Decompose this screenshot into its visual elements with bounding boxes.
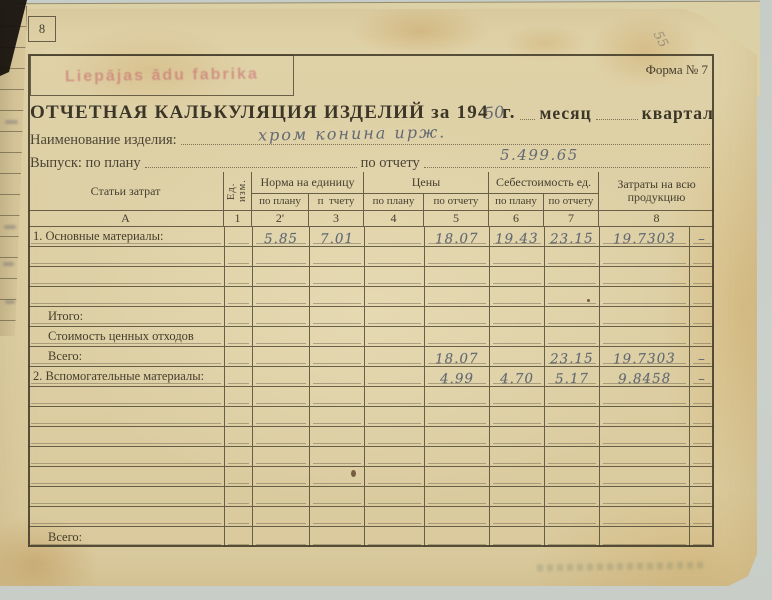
table-cell: [599, 487, 689, 506]
row-label: [28, 427, 224, 446]
table-cell: [252, 507, 309, 526]
table-cell: [424, 407, 489, 426]
table-row: [28, 447, 714, 467]
table-cell: [309, 447, 364, 466]
col-number: 7: [568, 212, 574, 225]
table-row: Всего:: [28, 527, 714, 547]
table-cell: [424, 467, 489, 486]
table-row: [28, 427, 714, 447]
table-cell: [544, 307, 599, 326]
table-cell: [689, 447, 714, 466]
pencil-scribble: [5, 120, 18, 124]
dotted-line: [145, 167, 357, 168]
table-cell: [544, 427, 599, 446]
scanned-document-page: 55 8 Liepājas ādu fabrika Форма № 7 ОТЧЕ…: [0, 0, 772, 600]
table-cell: [424, 287, 489, 306]
header-label: Себестоимость ед.: [496, 176, 591, 189]
table-cell: [489, 347, 544, 366]
table-cell: [224, 527, 252, 547]
table-cell: [489, 267, 544, 286]
table-cell: [364, 387, 424, 406]
header-label: Норма на единицу: [260, 176, 354, 189]
factory-stamp-box: Liepājas ādu fabrika: [30, 55, 294, 96]
header-label: по плану: [495, 196, 537, 208]
table-cell: [424, 427, 489, 446]
header-statyi: Статьи затрат: [28, 172, 224, 211]
table-cell: [689, 507, 714, 526]
table-cell: [252, 307, 309, 326]
table-cell: [489, 507, 544, 526]
table-cell: [309, 387, 364, 406]
header-ed-izm: Ед. изм.: [224, 172, 252, 211]
table-cell: [364, 267, 424, 286]
table-cell: [544, 527, 599, 547]
table-cell: [252, 447, 309, 466]
table-cell: [309, 487, 364, 506]
table-cell: [489, 387, 544, 406]
table-cell: [489, 527, 544, 547]
col-number: 1: [235, 212, 241, 225]
table-row: [28, 467, 714, 487]
table-cell: [364, 227, 424, 246]
colnum-5: 5: [424, 211, 489, 227]
table-cell: [224, 367, 252, 386]
table-cell: [544, 407, 599, 426]
table-cell: [252, 487, 309, 506]
row-label: [28, 447, 224, 466]
table-cell: [252, 427, 309, 446]
table-cell: [224, 347, 252, 366]
col-number: 4: [391, 212, 397, 225]
header-label: по отчету: [549, 196, 594, 208]
header-norma-plan: по плану: [252, 194, 309, 211]
table-row: 1. Основные материалы:5.857.0118.0719.43…: [28, 227, 714, 247]
table-cell: [689, 307, 714, 326]
table-cell: [424, 507, 489, 526]
handwritten-value: 18.07: [435, 351, 479, 368]
table-cell: [224, 247, 252, 266]
header-label: п тчету: [318, 196, 355, 208]
table-cell: [599, 287, 689, 306]
row-label: [28, 267, 224, 286]
table-cell: [252, 387, 309, 406]
table-cell: [224, 447, 252, 466]
table-cell: [252, 407, 309, 426]
header-tseny-otchet: по отчету: [424, 194, 489, 211]
table-cell: [544, 247, 599, 266]
row-label: Стоимость ценных отходов: [28, 327, 224, 346]
table-cell: [489, 447, 544, 466]
table-cell: [252, 467, 309, 486]
table-cell: [599, 507, 689, 526]
table-row: Итого:: [28, 307, 714, 327]
product-row: Наименование изделия: хром конина ирж.: [30, 127, 714, 149]
table-cell: [309, 427, 364, 446]
table-cell: [544, 267, 599, 286]
table-cell: [424, 527, 489, 547]
handwritten-value: 5.17: [555, 371, 589, 388]
table-cell: [309, 287, 364, 306]
table-cell: 23.15: [544, 227, 599, 246]
table-cell: [689, 527, 714, 547]
table-cell: [224, 327, 252, 346]
table-cell: [309, 247, 364, 266]
header-tseny-plan: по плану: [364, 194, 424, 211]
table-cell: [599, 327, 689, 346]
table-cell: [599, 447, 689, 466]
table-cell: [424, 487, 489, 506]
header-label: по плану: [373, 196, 415, 208]
handwritten-value: 19.43: [495, 231, 539, 248]
table-row: [28, 267, 714, 287]
header-label: Ед. изм.: [226, 172, 248, 210]
table-cell: 23.15: [544, 347, 599, 366]
handwritten-value: –: [698, 231, 706, 247]
header-label: Статьи затрат: [91, 185, 161, 198]
table-cell: [224, 487, 252, 506]
handwritten-value: 9.8458: [618, 371, 672, 388]
table-row: [28, 247, 714, 267]
header-label: Цены: [412, 176, 440, 189]
table-cell: 19.7303: [599, 227, 689, 246]
title-row: ОТЧЕТНАЯ КАЛЬКУЛЯЦИЯ ИЗДЕЛИЙ за 19450г. …: [30, 99, 714, 124]
colnum-4: 4: [364, 211, 424, 227]
table-row: [28, 487, 714, 507]
table-cell: [224, 387, 252, 406]
table-cell: [599, 267, 689, 286]
header-sebest-group: Себестоимость ед.: [489, 172, 599, 194]
dotted-line: [596, 119, 638, 120]
table-cell: [364, 427, 424, 446]
handwritten-product: хром конина ирж.: [258, 122, 447, 144]
handwritten-value: 18.07: [435, 231, 479, 248]
table-cell: [309, 527, 364, 547]
page-number-box: 8: [28, 16, 56, 42]
table-cell: [599, 387, 689, 406]
colnum-2: 2': [252, 211, 309, 227]
table-row: [28, 507, 714, 527]
header-label: по плану: [259, 196, 301, 208]
row-label: [28, 507, 224, 526]
handwritten-value: 23.15: [550, 231, 594, 248]
table-cell: 5.85: [252, 227, 309, 246]
table-cell: [224, 507, 252, 526]
row-label: [28, 247, 224, 266]
table-cell: [252, 287, 309, 306]
header-norma-group: Норма на единицу: [252, 172, 364, 194]
table-cell: [309, 267, 364, 286]
col-number: 5: [453, 212, 459, 225]
table-cell: 19.43: [489, 227, 544, 246]
table-cell: [309, 307, 364, 326]
table-cell: [689, 247, 714, 266]
colnum-6: 6: [489, 211, 544, 227]
output-label: Выпуск: по плану: [30, 155, 141, 172]
table-cell: 4.70: [489, 367, 544, 386]
table-row: Всего:18.0723.1519.7303–: [28, 347, 714, 367]
col-number: 3: [333, 212, 339, 225]
table-cell: [252, 347, 309, 366]
table-cell: [544, 487, 599, 506]
table-cell: [309, 407, 364, 426]
table-cell: [224, 267, 252, 286]
page-number: 8: [39, 22, 45, 37]
table-cell: [364, 367, 424, 386]
header-label: по отчету: [434, 196, 479, 208]
table-cell: [364, 487, 424, 506]
row-label: [28, 487, 224, 506]
col-number: 6: [513, 212, 519, 225]
table-cell: [364, 467, 424, 486]
table-cell: [364, 287, 424, 306]
report-label: по отчету: [361, 155, 420, 172]
table-cell: [689, 327, 714, 346]
table-cell: [252, 327, 309, 346]
month-label: месяц: [539, 103, 591, 124]
table-cell: [309, 507, 364, 526]
table-body: 1. Основные материалы:5.857.0118.0719.43…: [28, 227, 714, 547]
table-cell: 5.17: [544, 367, 599, 386]
table-cell: [489, 427, 544, 446]
header-norma-otchet: п тчету: [309, 194, 364, 211]
colnum-3: 3: [309, 211, 364, 227]
row-label: 1. Основные материалы:: [28, 227, 224, 246]
table-row: 2. Вспомогательные материалы:4.994.705.1…: [28, 367, 714, 387]
table-cell: –: [689, 347, 714, 366]
table-cell: [599, 247, 689, 266]
pencil-scribble: [3, 262, 14, 266]
handwritten-value: 5.85: [264, 231, 298, 248]
table-cell: [364, 327, 424, 346]
table-cell: [689, 267, 714, 286]
table-cell: [489, 467, 544, 486]
row-label: [28, 387, 224, 406]
table-cell: [424, 387, 489, 406]
table-cell: [489, 487, 544, 506]
table-cell: [689, 487, 714, 506]
colnum-1: 1: [224, 211, 252, 227]
handwritten-value: 23.15: [550, 351, 594, 368]
row-label: [28, 407, 224, 426]
header-sebest-otchet: по отчету: [544, 194, 599, 211]
table-row: [28, 287, 714, 307]
handwritten-year: 50: [483, 102, 505, 123]
table-cell: 4.99: [424, 367, 489, 386]
table-cell: [224, 307, 252, 326]
table-cell: [599, 427, 689, 446]
header-zatraty: Затраты на всю продукцию: [599, 172, 714, 211]
colnum-8: 8: [599, 211, 714, 227]
row-label: Всего:: [28, 527, 224, 547]
table-cell: [544, 447, 599, 466]
form-title: ОТЧЕТНАЯ КАЛЬКУЛЯЦИЯ ИЗДЕЛИЙ за 194: [30, 102, 489, 124]
table-cell: [364, 527, 424, 547]
handwritten-value: 19.7303: [613, 350, 676, 367]
table-cell: [689, 387, 714, 406]
table-cell: [309, 327, 364, 346]
table-cell: [224, 227, 252, 246]
table-cell: [599, 527, 689, 547]
table-cell: [252, 247, 309, 266]
colnum-7: 7: [544, 211, 599, 227]
table-cell: [364, 307, 424, 326]
product-label: Наименование изделия:: [30, 132, 177, 149]
dotted-line: [424, 167, 710, 168]
table-cell: [544, 287, 599, 306]
table-cell: [424, 247, 489, 266]
table-cell: [489, 407, 544, 426]
header-sebest-plan: по плану: [489, 194, 544, 211]
table-cell: [364, 347, 424, 366]
table-cell: 18.07: [424, 347, 489, 366]
handwritten-value: 4.70: [500, 371, 534, 388]
table-cell: [544, 387, 599, 406]
table-cell: [309, 367, 364, 386]
table-cell: [252, 267, 309, 286]
table-cell: [364, 247, 424, 266]
handwritten-value: 4.99: [440, 371, 474, 388]
table-cell: [424, 327, 489, 346]
table-cell: [599, 407, 689, 426]
table-cell: [224, 467, 252, 486]
table-cell: –: [689, 367, 714, 386]
table-cell: [599, 467, 689, 486]
table-cell: –: [689, 227, 714, 246]
table-cell: [224, 287, 252, 306]
row-label: Итого:: [28, 307, 224, 326]
handwritten-value: –: [698, 371, 706, 387]
table-cell: [424, 267, 489, 286]
table-cell: [689, 407, 714, 426]
col-number: 2': [276, 212, 284, 225]
pencil-scribble: [5, 300, 15, 304]
colnum-A: А: [28, 211, 224, 227]
form-number: Форма № 7: [560, 62, 708, 78]
table-cell: [364, 407, 424, 426]
table-cell: [544, 327, 599, 346]
row-label: 2. Вспомогательные материалы:: [28, 367, 224, 386]
table-cell: [424, 447, 489, 466]
table-cell: [252, 367, 309, 386]
table-cell: [364, 507, 424, 526]
table-cell: [424, 307, 489, 326]
table-cell: [689, 467, 714, 486]
header-label: Затраты на всю продукцию: [605, 178, 708, 203]
table-cell: 19.7303: [599, 347, 689, 366]
dotted-line: [520, 119, 536, 120]
header-tseny-group: Цены: [364, 172, 489, 194]
table-cell: [309, 347, 364, 366]
table-cell: [364, 447, 424, 466]
table-cell: [689, 287, 714, 306]
table-row: [28, 407, 714, 427]
row-label: [28, 467, 224, 486]
handwritten-value: –: [698, 351, 706, 367]
col-number: А: [121, 212, 130, 225]
table-cell: [224, 427, 252, 446]
table-cell: [489, 287, 544, 306]
table-cell: [489, 307, 544, 326]
table-cell: [689, 427, 714, 446]
table-row: [28, 387, 714, 407]
table-cell: [489, 327, 544, 346]
handwritten-report-value: 5.499.65: [500, 146, 579, 164]
table-cell: [489, 247, 544, 266]
table-cell: 9.8458: [599, 367, 689, 386]
table-cell: [599, 307, 689, 326]
quarter-label: квартал: [642, 103, 714, 124]
handwritten-value: 19.7303: [613, 230, 676, 247]
handwritten-value: 7.01: [320, 231, 354, 248]
table-cell: 18.07: [424, 227, 489, 246]
table-cell: [224, 407, 252, 426]
col-number: 8: [654, 212, 660, 225]
pencil-scribble: [4, 225, 16, 229]
table-row: Стоимость ценных отходов: [28, 327, 714, 347]
table-cell: [252, 527, 309, 547]
row-label: Всего:: [28, 347, 224, 366]
factory-stamp: Liepājas ādu fabrika: [65, 65, 259, 86]
table-cell: [544, 467, 599, 486]
table-cell: [544, 507, 599, 526]
table-cell: 7.01: [309, 227, 364, 246]
output-row: Выпуск: по плану по отчету 5.499.65: [30, 150, 714, 172]
table-cell: [309, 467, 364, 486]
row-label: [28, 287, 224, 306]
